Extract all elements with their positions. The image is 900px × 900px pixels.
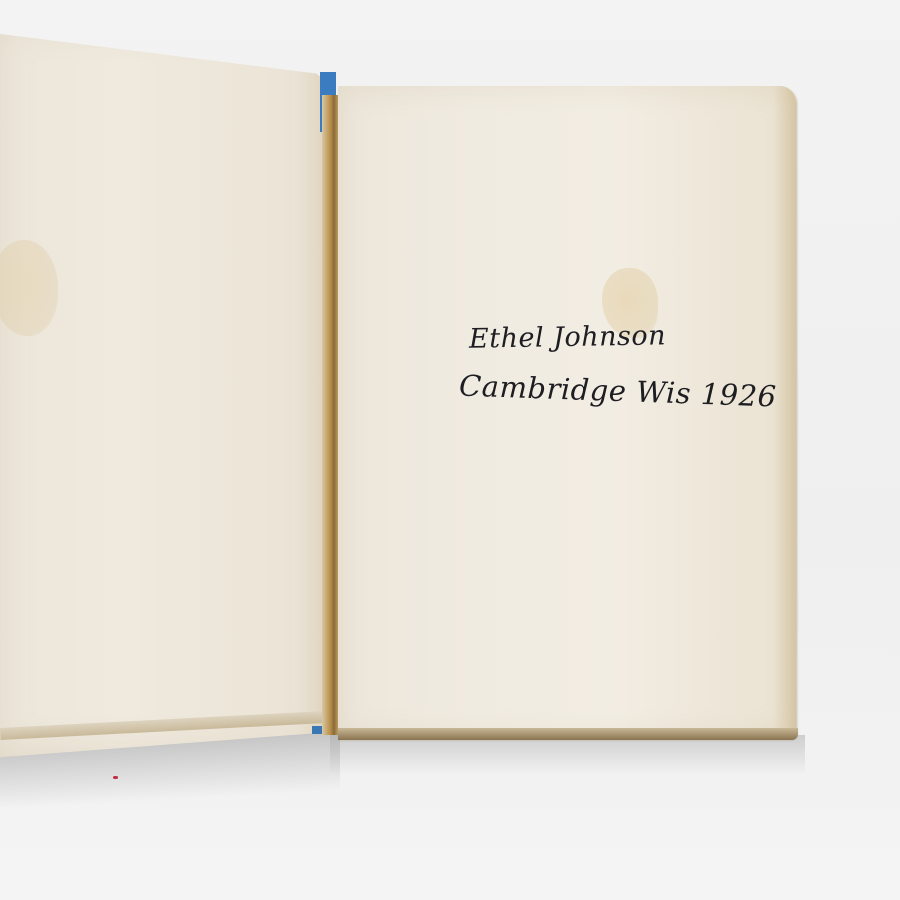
- inscription-name: Ethel Johnson: [469, 320, 667, 354]
- red-speck: [113, 776, 118, 779]
- page-block-bottom-edge: [338, 728, 798, 740]
- inside-front-cover: [0, 18, 330, 758]
- flyleaf-page: [338, 86, 796, 738]
- book-shadow-right: [330, 735, 805, 775]
- photo-background: Ethel Johnson Cambridge Wis 1926: [0, 0, 900, 900]
